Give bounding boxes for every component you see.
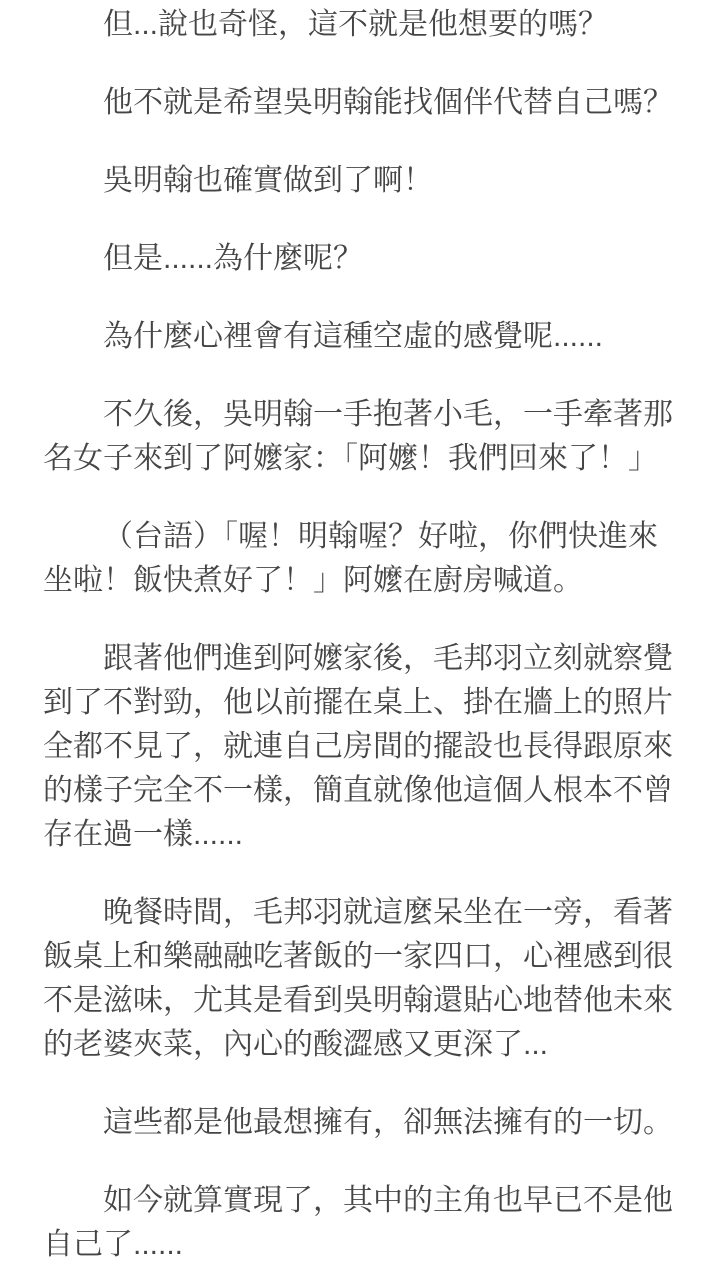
text-line: 不久後，吳明翰一手抱著小毛，一手牽著那 bbox=[43, 393, 686, 437]
text-line: 但...說也奇怪，這不就是他想要的嗎？ bbox=[43, 3, 686, 47]
text-line: 吳明翰也確實做到了啊！ bbox=[43, 159, 686, 203]
text-line: 的樣子完全不一樣，簡直就像他這個人根本不曾 bbox=[43, 769, 686, 813]
paragraph: （台語）「喔！明翰喔？好啦，你們快進來 坐啦！飯快煮好了！」阿嬤在廚房喊道。 bbox=[43, 515, 686, 603]
text-line: 自己了...... bbox=[43, 1223, 686, 1267]
text-line: 到了不對勁，他以前擺在桌上、掛在牆上的照片 bbox=[43, 681, 686, 725]
paragraph: 不久後，吳明翰一手抱著小毛，一手牽著那 名女子來到了阿嬤家：「阿嬤！我們回來了！… bbox=[43, 393, 686, 481]
text-line: （台語）「喔！明翰喔？好啦，你們快進來 bbox=[43, 515, 686, 559]
text-line: 名女子來到了阿嬤家：「阿嬤！我們回來了！」 bbox=[43, 437, 686, 481]
text-line: 這些都是他最想擁有，卻無法擁有的一切。 bbox=[43, 1101, 686, 1145]
text-line: 如今就算實現了，其中的主角也早已不是他 bbox=[43, 1179, 686, 1223]
paragraph: 如今就算實現了，其中的主角也早已不是他 自己了...... bbox=[43, 1179, 686, 1267]
text-line: 全都不見了，就連自己房間的擺設也長得跟原來 bbox=[43, 725, 686, 769]
text-line: 的老婆夾菜，內心的酸澀感又更深了... bbox=[43, 1023, 686, 1067]
story-page: 但...說也奇怪，這不就是他想要的嗎？ 他不就是希望吳明翰能找個伴代替自己嗎？ … bbox=[0, 0, 726, 1279]
paragraph: 吳明翰也確實做到了啊！ bbox=[43, 159, 686, 203]
text-line: 晚餐時間，毛邦羽就這麼呆坐在一旁，看著 bbox=[43, 891, 686, 935]
text-line: 他不就是希望吳明翰能找個伴代替自己嗎？ bbox=[43, 81, 686, 125]
text-line: 為什麼心裡會有這種空虛的感覺呢...... bbox=[43, 315, 686, 359]
paragraph: 這些都是他最想擁有，卻無法擁有的一切。 bbox=[43, 1101, 686, 1145]
paragraph: 跟著他們進到阿嬤家後，毛邦羽立刻就察覺 到了不對勁，他以前擺在桌上、掛在牆上的照… bbox=[43, 637, 686, 857]
text-line: 坐啦！飯快煮好了！」阿嬤在廚房喊道。 bbox=[43, 559, 686, 603]
paragraph: 晚餐時間，毛邦羽就這麼呆坐在一旁，看著 飯桌上和樂融融吃著飯的一家四口，心裡感到… bbox=[43, 891, 686, 1067]
paragraph: 他不就是希望吳明翰能找個伴代替自己嗎？ bbox=[43, 81, 686, 125]
paragraph: 為什麼心裡會有這種空虛的感覺呢...... bbox=[43, 315, 686, 359]
text-line: 不是滋味，尤其是看到吳明翰還貼心地替他未來 bbox=[43, 979, 686, 1023]
text-line: 飯桌上和樂融融吃著飯的一家四口，心裡感到很 bbox=[43, 935, 686, 979]
text-line: 但是......為什麼呢？ bbox=[43, 237, 686, 281]
text-line: 存在過一樣...... bbox=[43, 813, 686, 857]
paragraph: 但是......為什麼呢？ bbox=[43, 237, 686, 281]
text-line: 跟著他們進到阿嬤家後，毛邦羽立刻就察覺 bbox=[43, 637, 686, 681]
paragraph: 但...說也奇怪，這不就是他想要的嗎？ bbox=[43, 3, 686, 47]
